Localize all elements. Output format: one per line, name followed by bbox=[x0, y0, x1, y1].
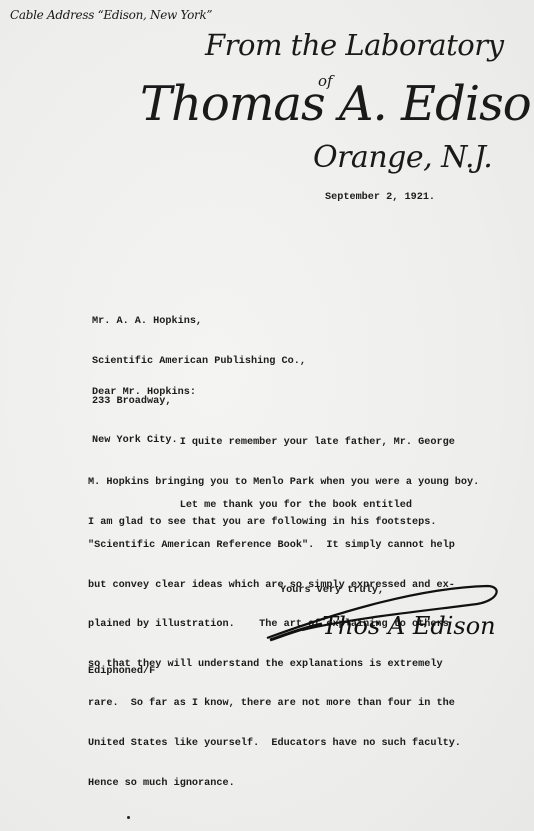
letter-page: Cable Address “Edison, New York” From th… bbox=[0, 0, 534, 831]
body-line: Hence so much ignorance. bbox=[88, 777, 461, 790]
body-line: Let me thank you for the book entitled bbox=[88, 499, 461, 512]
cable-address: Cable Address “Edison, New York” bbox=[10, 8, 212, 22]
svg-text:Thos A Edison: Thos A Edison bbox=[322, 612, 496, 640]
body-line: I quite remember your late father, Mr. G… bbox=[88, 436, 479, 449]
salutation: Dear Mr. Hopkins: bbox=[92, 386, 196, 399]
signature-flourish-icon: Thos A Edison bbox=[262, 578, 502, 648]
body-line: "Scientific American Reference Book". It… bbox=[88, 539, 461, 552]
body-line: United States like yourself. Educators h… bbox=[88, 737, 461, 750]
letterhead-location: Orange, N.J. bbox=[313, 140, 492, 175]
body-line: rare. So far as I know, there are not mo… bbox=[88, 697, 461, 710]
letterhead-name: Thomas A. Edison, bbox=[140, 76, 534, 132]
paper-speck bbox=[127, 816, 130, 819]
reference-initials: Ediphoned/F bbox=[88, 665, 155, 678]
letterhead-from-line: From the Laboratory bbox=[205, 28, 503, 62]
address-line: Mr. A. A. Hopkins, bbox=[92, 315, 306, 328]
letter-date: September 2, 1921. bbox=[325, 191, 435, 204]
signature: Thos A Edison bbox=[262, 578, 502, 648]
address-line: Scientific American Publishing Co., bbox=[92, 355, 306, 368]
